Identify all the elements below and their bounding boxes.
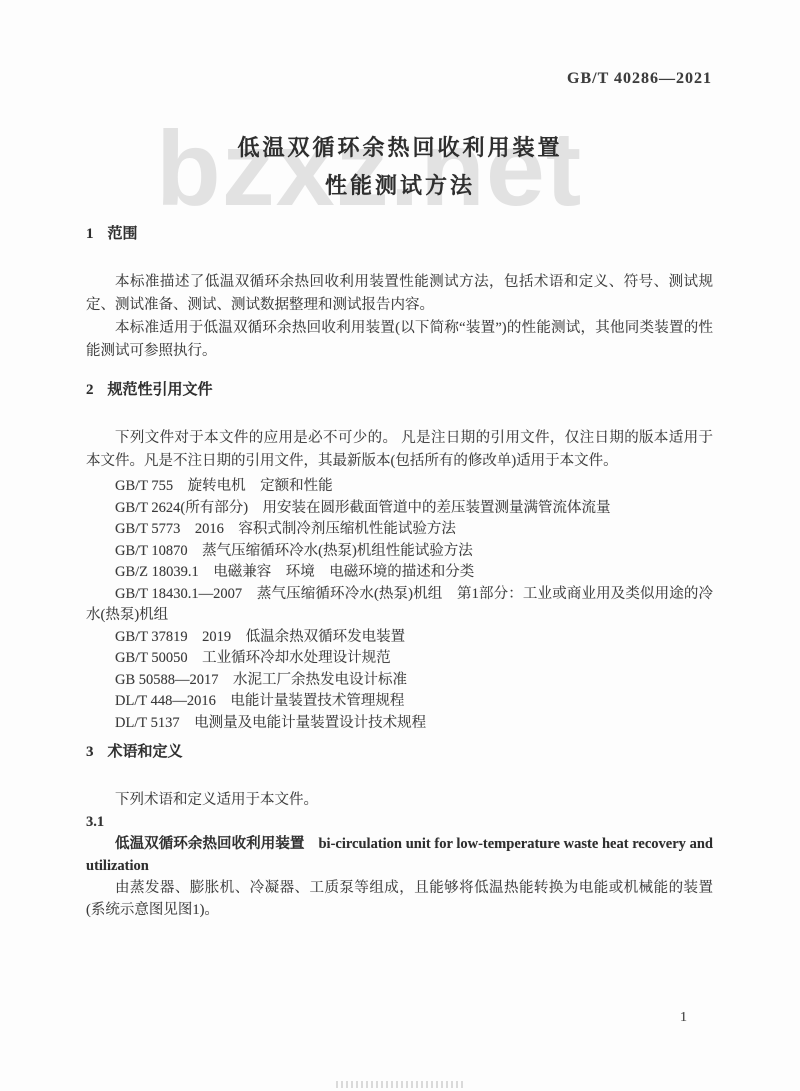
reference-item: DL/T 5137 电测量及电能计量装置设计技术规程 bbox=[86, 713, 713, 735]
term-title-line: 低温双循环余热回收利用装置bi-circulation unit for low… bbox=[86, 833, 713, 877]
scope-paragraph-2: 本标准适用于低温双循环余热回收利用装置(以下简称“装置”)的性能测试，其他同类装… bbox=[86, 317, 713, 363]
page-bottom-scan-artifact bbox=[336, 1081, 464, 1088]
document-title-line1: 低温双循环余热回收利用装置 bbox=[0, 129, 800, 167]
document-title: 低温双循环余热回收利用装置 性能测试方法 bbox=[0, 129, 800, 205]
section-heading-text: 术语和定义 bbox=[108, 744, 183, 760]
document-title-line2: 性能测试方法 bbox=[0, 167, 800, 205]
reference-item: GB/Z 18039.1 电磁兼容 环境 电磁环境的描述和分类 bbox=[86, 562, 713, 584]
section-heading-text: 规范性引用文件 bbox=[108, 382, 213, 398]
page-number: 1 bbox=[680, 1010, 687, 1026]
reference-item: GB/T 755 旋转电机 定额和性能 bbox=[86, 476, 713, 498]
terms-intro-paragraph: 下列术语和定义适用于本文件。 bbox=[86, 789, 713, 811]
section-number: 3 bbox=[86, 744, 94, 760]
section-refs-heading: 2规范性引用文件 bbox=[86, 380, 713, 400]
scope-paragraph-1: 本标准描述了低温双循环余热回收利用装置性能测试方法，包括术语和定义、符号、测试规… bbox=[86, 271, 713, 317]
reference-item: DL/T 448—2016 电能计量装置技术管理规程 bbox=[86, 691, 713, 713]
reference-item: GB/T 5773 2016 容积式制冷剂压缩机性能试验方法 bbox=[86, 519, 713, 541]
section-heading-text: 范围 bbox=[108, 226, 138, 242]
section-terms-heading: 3术语和定义 bbox=[86, 742, 713, 762]
refs-intro-paragraph: 下列文件对于本文件的应用是必不可少的。 凡是注日期的引用文件，仅注日期的版本适用… bbox=[86, 427, 713, 473]
section-number: 2 bbox=[86, 382, 94, 398]
reference-list: GB/T 755 旋转电机 定额和性能 GB/T 2624(所有部分) 用安装在… bbox=[86, 476, 713, 734]
reference-item: GB/T 2624(所有部分) 用安装在圆形截面管道中的差压装置测量满管流体流量 bbox=[86, 498, 713, 520]
term-definition: 由蒸发器、膨胀机、冷凝器、工质泵等组成，且能够将低温热能转换为电能或机械能的装置… bbox=[86, 877, 713, 921]
reference-item: GB 50588—2017 水泥工厂余热发电设计标准 bbox=[86, 670, 713, 692]
term-number: 3.1 bbox=[86, 811, 713, 833]
reference-item: GB/T 37819 2019 低温余热双循环发电装置 bbox=[86, 627, 713, 649]
section-terms-definitions: 3术语和定义 下列术语和定义适用于本文件。 3.1 低温双循环余热回收利用装置b… bbox=[86, 742, 713, 921]
section-scope: 1范围 本标准描述了低温双循环余热回收利用装置性能测试方法，包括术语和定义、符号… bbox=[86, 224, 713, 363]
reference-item: GB/T 18430.1—2007 蒸气压缩循环冷水(热泵)机组 第1部分：工业… bbox=[86, 584, 713, 627]
standard-document-page: GB/T 40286—2021 bzxz.net 低温双循环余热回收利用装置 性… bbox=[0, 0, 800, 1091]
reference-item: GB/T 50050 工业循环冷却水处理设计规范 bbox=[86, 648, 713, 670]
document-code: GB/T 40286—2021 bbox=[567, 70, 712, 88]
section-normative-references: 2规范性引用文件 下列文件对于本文件的应用是必不可少的。 凡是注日期的引用文件，… bbox=[86, 380, 713, 734]
section-number: 1 bbox=[86, 226, 94, 242]
section-scope-heading: 1范围 bbox=[86, 224, 713, 244]
reference-item: GB/T 10870 蒸气压缩循环冷水(热泵)机组性能试验方法 bbox=[86, 541, 713, 563]
term-chinese: 低温双循环余热回收利用装置 bbox=[115, 836, 304, 852]
